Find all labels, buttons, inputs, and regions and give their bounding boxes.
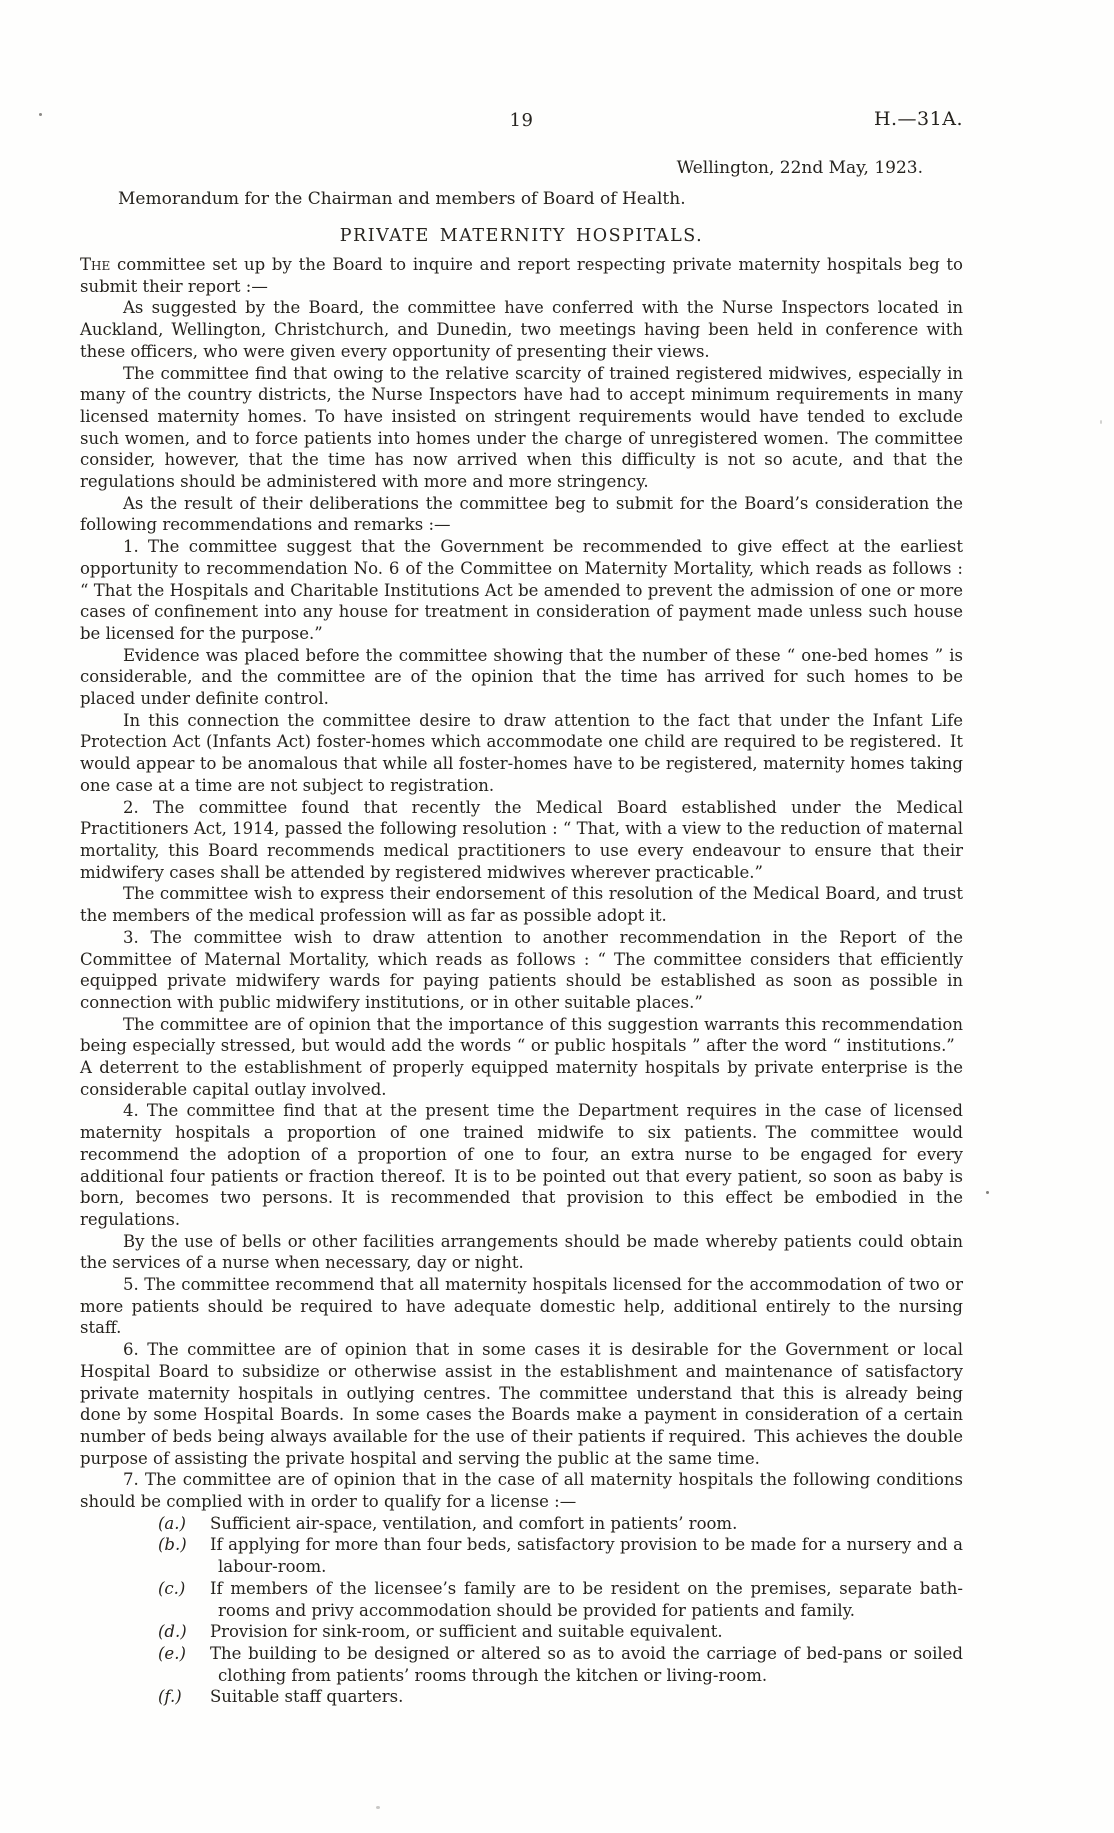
list-item: (d.)Provision for sink-room, or sufficie… — [158, 1621, 963, 1643]
paragraph: The committee wish to express their endo… — [80, 883, 963, 926]
list-item-text: Provision for sink-room, or sufficient a… — [210, 1622, 723, 1641]
condition-list: (a.)Sufficient air-space, ventilation, a… — [158, 1513, 963, 1708]
list-marker: (b.) — [158, 1534, 210, 1556]
list-item: (b.)If applying for more than four beds,… — [158, 1534, 963, 1577]
paragraph: 7. The committee are of opinion that in … — [80, 1469, 963, 1512]
section-heading: PRIVATE MATERNITY HOSPITALS. — [80, 226, 963, 246]
document-page: 19 H.—31A. Wellington, 22nd May, 1923. M… — [0, 0, 1114, 1833]
paragraph: 1. The committee suggest that the Govern… — [80, 536, 963, 645]
paragraph: 4. The committee find that at the presen… — [80, 1100, 963, 1230]
page-number: 19 — [80, 110, 963, 131]
list-marker: (e.) — [158, 1643, 210, 1665]
paragraph: By the use of bells or other facilities … — [80, 1231, 963, 1274]
scan-artifact — [376, 1806, 380, 1809]
paragraph: The committee find that owing to the rel… — [80, 363, 963, 493]
list-item: (f.)Suitable staff quarters. — [158, 1686, 963, 1708]
paragraph-text: committee set up by the Board to inquire… — [80, 255, 963, 296]
list-item: (a.)Sufficient air-space, ventilation, a… — [158, 1513, 963, 1535]
list-item-text: Suitable staff quarters. — [210, 1687, 403, 1706]
list-marker: (a.) — [158, 1513, 210, 1535]
paragraph: Evidence was placed before the committee… — [80, 645, 963, 710]
scan-artifact — [39, 113, 42, 116]
paragraph: As suggested by the Board, the committee… — [80, 297, 963, 362]
dateline: Wellington, 22nd May, 1923. — [677, 158, 923, 178]
list-item-text: If members of the licensee’s family are … — [210, 1579, 963, 1620]
list-item: (c.)If members of the licensee’s family … — [158, 1578, 963, 1621]
scan-artifact — [1100, 420, 1102, 424]
body-text: The committee set up by the Board to inq… — [80, 254, 963, 1708]
list-marker: (f.) — [158, 1686, 210, 1708]
paragraph: 6. The committee are of opinion that in … — [80, 1339, 963, 1469]
paragraph: In this connection the committee desire … — [80, 710, 963, 797]
paragraph: The committee set up by the Board to inq… — [80, 254, 963, 297]
list-item: (e.)The building to be designed or alter… — [158, 1643, 963, 1686]
paragraph: 2. The committee found that recently the… — [80, 797, 963, 884]
paragraph: The committee are of opinion that the im… — [80, 1014, 963, 1101]
paragraph: 3. The committee wish to draw attention … — [80, 927, 963, 1014]
list-item-text: The building to be designed or altered s… — [210, 1644, 963, 1685]
list-item-text: If applying for more than four beds, sat… — [210, 1535, 963, 1576]
list-marker: (c.) — [158, 1578, 210, 1600]
scan-artifact — [986, 1191, 989, 1194]
paragraph: 5. The committee recommend that all mate… — [80, 1274, 963, 1339]
list-marker: (d.) — [158, 1621, 210, 1643]
paragraph: As the result of their deliberations the… — [80, 493, 963, 536]
document-reference: H.—31A. — [874, 108, 963, 130]
list-item-text: Sufficient air-space, ventilation, and c… — [210, 1514, 737, 1533]
small-caps-lead: The — [80, 255, 110, 274]
memo-line: Memorandum for the Chairman and members … — [118, 189, 686, 209]
